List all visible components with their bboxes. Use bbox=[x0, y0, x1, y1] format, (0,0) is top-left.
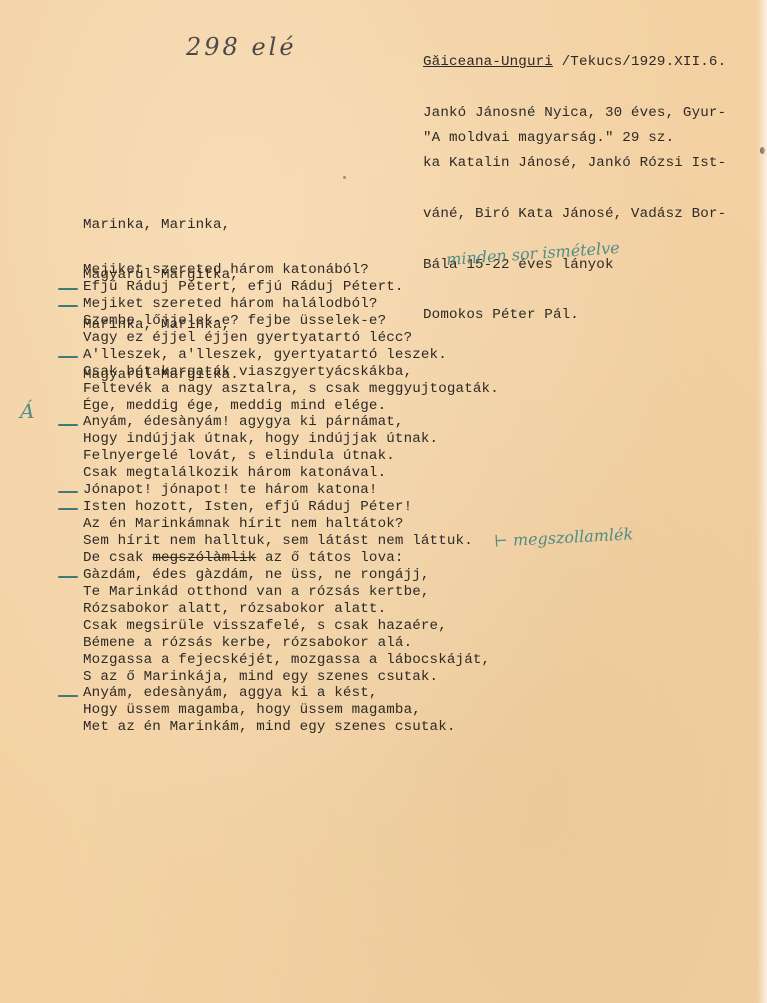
poem-line: Ége, meddig ége, meddig mind elége. bbox=[83, 398, 499, 415]
poem-line: Jónapot! jónapot! te három katona! bbox=[83, 482, 499, 499]
poem-line-text: De csak bbox=[83, 550, 152, 566]
poem-line: Mozgassa a fejecskéjét, mozgassa a láboc… bbox=[83, 652, 499, 669]
poem-line: Rózsabokor alatt, rózsabokor alatt. bbox=[83, 601, 499, 618]
poem-line-text: az ő tátos lova: bbox=[256, 550, 403, 566]
margin-dash-mark bbox=[58, 356, 78, 358]
poem-line: Felnyergelé lovát, s elindula útnak. bbox=[83, 448, 499, 465]
handwritten-margin-letter: Á bbox=[20, 399, 34, 423]
header-informants-3: váné, Biró Kata Jánosé, Vadász Bor- bbox=[423, 206, 726, 223]
stanza-line: Marinka, Marinka, bbox=[83, 217, 239, 233]
poem-line: Feltevék a nagy asztalra, s csak meggyuj… bbox=[83, 381, 499, 398]
poem-line: Met az én Marinkám, mind egy szenes csut… bbox=[83, 719, 499, 736]
poem-line: Sem hírit nem halltuk, sem látást nem lá… bbox=[83, 533, 499, 550]
poem-line: A'lleszek, a'lleszek, gyertyatartó lesze… bbox=[83, 347, 499, 364]
poem-line: Mejiket szereted három halálodból? bbox=[83, 296, 499, 313]
margin-dash-mark bbox=[58, 491, 78, 493]
header-location-rest: /Tekucs/1929.XII.6. bbox=[553, 54, 726, 70]
paper-speck bbox=[760, 147, 765, 154]
struck-word: megszólàmlik bbox=[152, 550, 256, 566]
poem-line: Isten hozott, Isten, efjú Ráduj Péter! bbox=[83, 499, 499, 516]
poem-line: Szembe lőjjelek-e? fejbe üsselek-e? bbox=[83, 313, 499, 330]
handwritten-page-number: 298 elé bbox=[186, 33, 297, 61]
poem-line: Az én Marinkámnak hírit nem haltátok? bbox=[83, 516, 499, 533]
margin-dash-mark bbox=[58, 576, 78, 578]
poem-line: Anyám, edesànyám, aggya ki a kést, bbox=[83, 685, 499, 702]
poem-line: Vagy ez éjjel éjjen gyertyatartó lécc? bbox=[83, 330, 499, 347]
margin-dash-mark bbox=[58, 695, 78, 697]
header-informants-2: ka Katalin Jánosé, Jankó Rózsi Ist- bbox=[423, 155, 726, 172]
margin-dash-mark bbox=[58, 305, 78, 307]
poem-line: Csak bétakargaták viaszgyertyácskákba, bbox=[83, 364, 499, 381]
header-location-date: Găiceana-Unguri /Tekucs/1929.XII.6. bbox=[423, 54, 726, 71]
margin-dash-mark bbox=[58, 508, 78, 510]
poem-line: S az ő Marinkája, mind egy szenes csutak… bbox=[83, 669, 499, 686]
poem-line: Mejiket szereted három katonából? bbox=[83, 262, 499, 279]
document-page: 298 elé Găiceana-Unguri /Tekucs/1929.XII… bbox=[0, 0, 767, 1003]
poem-line: Efjú Ráduj Pétert, efjú Ráduj Pétert. bbox=[83, 279, 499, 296]
margin-dash-mark bbox=[58, 424, 78, 426]
margin-dash-mark bbox=[58, 288, 78, 290]
poem-line: Hogy üssem magamba, hogy üssem magamba, bbox=[83, 702, 499, 719]
poem-line: Gàzdám, édes gàzdám, ne üss, ne rongájj, bbox=[83, 567, 499, 584]
header-informants-1: Jankó Jánosné Nyica, 30 éves, Gyur- bbox=[423, 105, 726, 122]
poem-line: Bémene a rózsás kerbe, rózsabokor alá. bbox=[83, 635, 499, 652]
poem-line: Csak megtalálkozik három katonával. bbox=[83, 465, 499, 482]
header-location: Găiceana-Unguri bbox=[423, 54, 553, 70]
handwritten-note-correction: ⊢ megszollamlék bbox=[494, 524, 634, 550]
poem-line: De csak megszólàmlik az ő tátos lova: bbox=[83, 550, 499, 567]
paper-speck bbox=[343, 176, 346, 179]
source-reference: "A moldvai magyarság." 29 sz. bbox=[423, 130, 674, 147]
poem-line: Csak megsirüle visszafelé, s csak hazaér… bbox=[83, 618, 499, 635]
poem-line: Te Marinkád otthond van a rózsás kertbe, bbox=[83, 584, 499, 601]
poem-line: Hogy indújjak útnak, hogy indújjak útnak… bbox=[83, 431, 499, 448]
poem-line: Anyám, édesànyám! agygya ki párnámat, bbox=[83, 414, 499, 431]
poem-body: Mejiket szereted három katonából?Efjú Rá… bbox=[83, 262, 499, 736]
